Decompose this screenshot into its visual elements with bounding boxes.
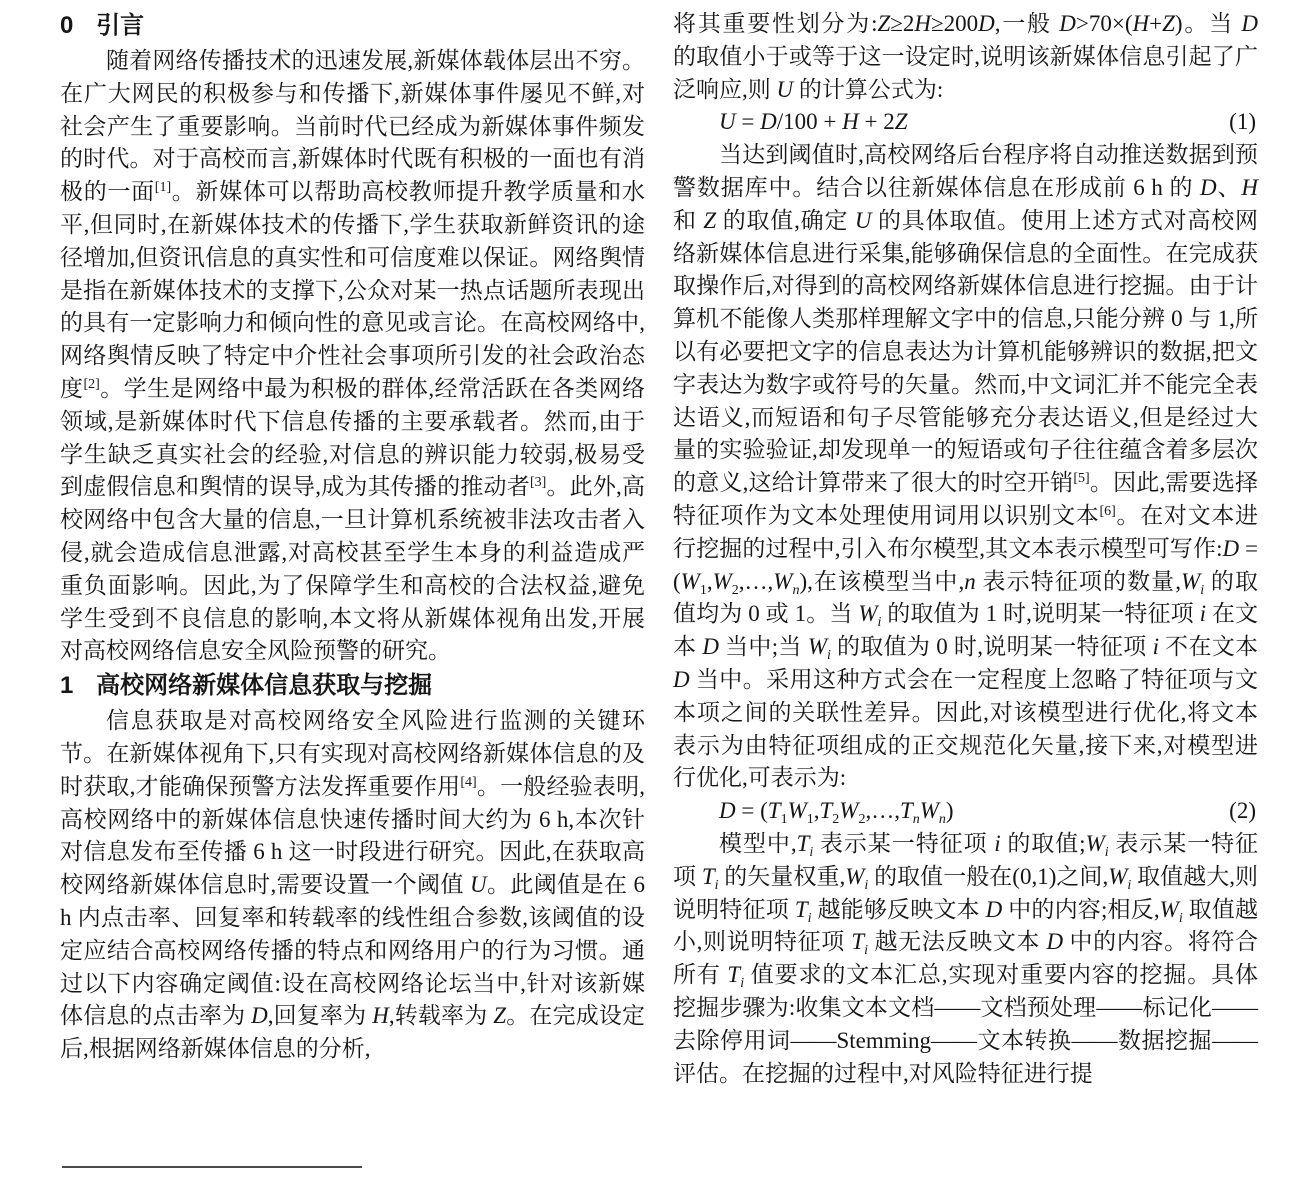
text-run: 的取值; [1001, 831, 1086, 856]
text-run: 的取值为 1 时,说明某一特征项 [881, 601, 1199, 626]
math-variable: W [920, 798, 939, 823]
math-variable: W [1160, 897, 1179, 922]
section-title: 高校网络新媒体信息获取与挖掘 [96, 672, 432, 699]
citation-ref: [5] [1073, 471, 1089, 486]
math-variable: H [1241, 175, 1258, 200]
math-variable: D [1200, 175, 1217, 200]
citation-ref: [3] [530, 475, 546, 490]
left-column: 0引言随着网络传播技术的迅速发展,新媒体载体层出不穷。在广大网民的积极参与和传播… [60, 8, 645, 1090]
equation-number: (2) [1229, 795, 1258, 828]
math-variable: U [719, 109, 736, 134]
text-run: 表示特征项的数量, [976, 569, 1181, 594]
math-variable: Z [1162, 11, 1175, 36]
text-run: 当达到阈值时,高校网络后台程序将自动推送数据到预警数据库中。结合以往新媒体信息在… [673, 142, 1258, 200]
footnote-rule [62, 1166, 362, 1168]
math-variable: D [986, 897, 1003, 922]
math-variable: T [797, 831, 810, 856]
math-variable: D [719, 798, 736, 823]
math-variable: W [681, 569, 700, 594]
text-run: /100 + [777, 109, 842, 134]
text-run: 的取值,确定 [716, 208, 855, 233]
text-run: ,回复率为 [268, 1003, 372, 1028]
paragraph: 当达到阈值时,高校网络后台程序将自动推送数据到预警数据库中。结合以往新媒体信息在… [673, 139, 1258, 795]
text-run: 和 [673, 208, 703, 233]
math-variable: W [773, 569, 792, 594]
math-variable: T [702, 864, 715, 889]
two-column-layout: 0引言随着网络传播技术的迅速发展,新媒体载体层出不穷。在广大网民的积极参与和传播… [0, 0, 1300, 1090]
math-variable: U [777, 77, 794, 102]
text-run: 的取值为 0 时,说明某一特征项 [831, 634, 1153, 659]
text-run: 将其重要性划分为: [673, 11, 877, 36]
text-run: 、 [1217, 175, 1242, 200]
math-variable: D [978, 11, 995, 36]
text-run: ) [946, 798, 954, 823]
math-variable: W [839, 798, 858, 823]
text-run: ,…, [865, 798, 900, 823]
math-variable: T [900, 798, 913, 823]
formula-body: D = (T1W1,T2W2,…,TnWn) [673, 795, 1229, 828]
math-variable: T [851, 929, 864, 954]
text-run: 当中;当 [719, 634, 808, 659]
math-subscript: 2 [732, 583, 739, 598]
text-run: ,一般 [995, 11, 1060, 36]
section-number: 1 [60, 672, 73, 699]
text-run: 当中。采用这种方式会在一定程度上忽略了特征项与文本项之间的关联性差异。因此,对该… [673, 667, 1258, 790]
text-run: 值要求的文本汇总,实现对重要内容的挖掘。具体挖掘步骤为:收集文本文档——文档预处… [673, 962, 1258, 1085]
formula-line: U = D/100 + H + 2Z(1) [673, 106, 1258, 139]
text-run: 越无法反映文本 [868, 929, 1046, 954]
section-number: 0 [60, 12, 73, 39]
math-variable: D [251, 1003, 268, 1028]
text-run: 的取值一般在(0,1)之间, [868, 864, 1108, 889]
text-run: 不在文本 [1159, 634, 1258, 659]
paragraph: 将其重要性划分为:Z≥2H≥200D,一般 D>70×(H+Z)。当 D 的取值… [673, 8, 1258, 106]
math-variable: W [1086, 831, 1105, 856]
right-column: 将其重要性划分为:Z≥2H≥200D,一般 D>70×(H+Z)。当 D 的取值… [673, 8, 1258, 1090]
math-variable: W [788, 798, 807, 823]
math-variable: H [914, 11, 931, 36]
math-variable: Z [703, 208, 716, 233]
math-variable: W [1181, 569, 1200, 594]
math-subscript: 1 [807, 812, 814, 827]
text-run: ≥2 [890, 11, 914, 36]
math-variable: H [1133, 11, 1150, 36]
math-variable: H [842, 109, 859, 134]
math-variable: D [1059, 11, 1076, 36]
math-variable: D [760, 109, 777, 134]
math-variable: Z [493, 1003, 506, 1028]
math-subscript: n [939, 812, 946, 827]
text-run: = ( [736, 798, 768, 823]
text-run: ,…, [739, 569, 774, 594]
citation-ref: [4] [460, 775, 476, 790]
text-run: + [1149, 11, 1162, 36]
math-variable: W [808, 634, 827, 659]
paragraph: 模型中,Ti 表示某一特征项 i 的取值;Wi 表示某一特征项 Ti 的矢量权重… [673, 828, 1258, 1090]
math-variable: D [1223, 536, 1240, 561]
citation-ref: [6] [1100, 504, 1116, 519]
math-variable: T [795, 897, 808, 922]
math-variable: H [372, 1003, 389, 1028]
section-heading: 1高校网络新媒体信息获取与挖掘 [60, 669, 645, 703]
text-run: 中的内容;相反, [1002, 897, 1159, 922]
text-run: + 2 [859, 109, 895, 134]
equation-number: (1) [1229, 106, 1258, 139]
text-run: 模型中, [719, 831, 797, 856]
text-run: )。当 [1175, 11, 1241, 36]
math-subscript: 1 [700, 583, 707, 598]
citation-ref: [2] [83, 377, 99, 392]
math-variable: W [1108, 864, 1127, 889]
paragraph: 信息获取是对高校网络安全风险进行监测的关键环节。在新媒体视角下,只有实现对高校网… [60, 705, 645, 1066]
text-run: 越能够反映文本 [812, 897, 986, 922]
math-subscript: 1 [781, 812, 788, 827]
math-variable: D [1241, 11, 1258, 36]
math-subscript: n [913, 812, 920, 827]
paper-page: 0引言随着网络传播技术的迅速发展,新媒体载体层出不穷。在广大网民的积极参与和传播… [0, 0, 1300, 1184]
text-run: ≥200 [931, 11, 978, 36]
section-heading: 0引言 [60, 9, 645, 43]
section-title: 引言 [96, 12, 144, 39]
text-run: = [736, 109, 760, 134]
math-variable: D [673, 667, 690, 692]
text-run: >70×( [1076, 11, 1133, 36]
text-run: 的具体取值。使用上述方式对高校网络新媒体信息进行采集,能够确保信息的全面性。在完… [673, 208, 1258, 495]
math-variable: T [727, 962, 740, 987]
text-run: ,转载率为 [389, 1003, 493, 1028]
paragraph: 随着网络传播技术的迅速发展,新媒体载体层出不穷。在广大网民的积极参与和传播下,新… [60, 45, 645, 668]
math-variable: D [702, 634, 719, 659]
text-run: 表示某一特征项 [813, 831, 994, 856]
math-variable: D [1046, 929, 1063, 954]
math-variable: Z [895, 109, 908, 134]
text-run: 的矢量权重, [719, 864, 846, 889]
math-variable: n [964, 569, 976, 594]
math-variable: T [819, 798, 832, 823]
text-run: 的计算公式为: [793, 77, 943, 102]
formula-line: D = (T1W1,T2W2,…,TnWn)(2) [673, 795, 1258, 828]
citation-ref: [1] [155, 180, 171, 195]
text-run: 的取值小于或等于这一设定时,说明该新媒体信息引起了广泛响应,则 [673, 44, 1258, 102]
math-variable: Z [877, 11, 890, 36]
math-variable: T [768, 798, 781, 823]
text-run: 。新媒体可以帮助高校教师提升教学质量和水平,但同时,在新媒体技术的传播下,学生获… [60, 179, 645, 401]
text-run: 。此外,高校网络中包含大量的信息,一旦计算机系统被非法攻击者入侵,就会造成信息泄… [60, 474, 645, 663]
formula-body: U = D/100 + H + 2Z [673, 106, 1229, 139]
math-variable: U [855, 208, 872, 233]
math-variable: W [713, 569, 732, 594]
math-variable: U [470, 872, 487, 897]
math-variable: W [845, 864, 864, 889]
math-variable: W [858, 601, 877, 626]
text-run: ),在该模型当中, [799, 569, 964, 594]
